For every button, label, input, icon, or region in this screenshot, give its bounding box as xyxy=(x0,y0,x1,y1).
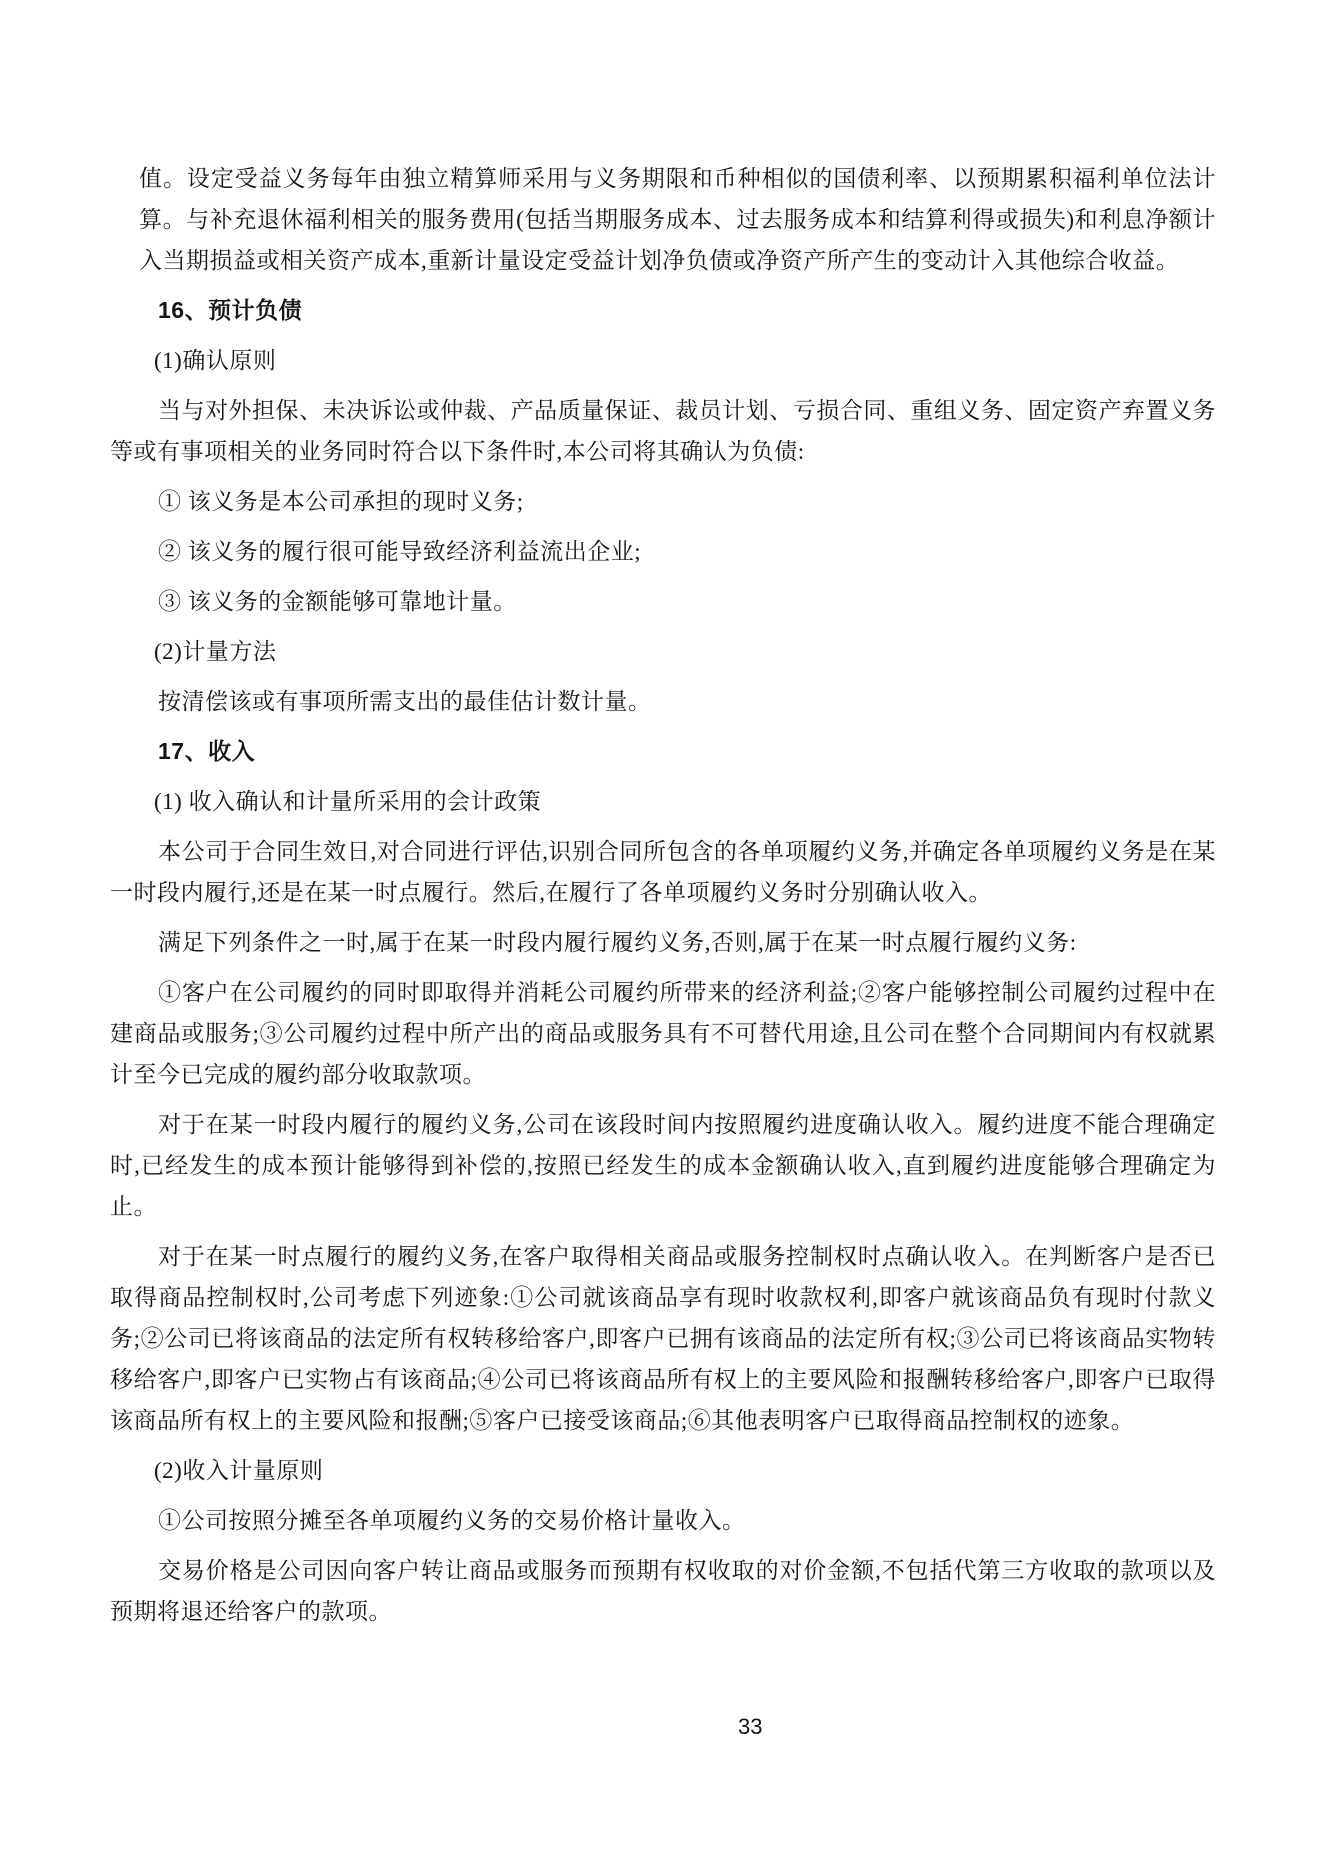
list-item: ① 该义务是本公司承担的现时义务; xyxy=(110,481,1216,522)
paragraph: ①公司按照分摊至各单项履约义务的交易价格计量收入。 xyxy=(110,1500,1216,1541)
paragraph: 对于在某一时点履行的履约义务,在客户取得相关商品或服务控制权时点确认收入。在判断… xyxy=(110,1236,1216,1441)
sub-heading: (1)确认原则 xyxy=(110,340,1216,381)
paragraph: 本公司于合同生效日,对合同进行评估,识别合同所包含的各单项履约义务,并确定各单项… xyxy=(110,831,1216,913)
document-page: 值。设定受益义务每年由独立精算师采用与义务期限和币种相似的国债利率、以预期累积福… xyxy=(0,0,1323,1871)
sub-heading: (1) 收入确认和计量所采用的会计政策 xyxy=(110,781,1216,822)
section-heading-17: 17、收入 xyxy=(110,731,1216,772)
paragraph: 当与对外担保、未决诉讼或仲裁、产品质量保证、裁员计划、亏损合同、重组义务、固定资… xyxy=(110,390,1216,472)
sub-heading: (2)计量方法 xyxy=(110,631,1216,672)
paragraph-continuation: 值。设定受益义务每年由独立精算师采用与义务期限和币种相似的国债利率、以预期累积福… xyxy=(139,158,1216,281)
section-heading-16: 16、预计负债 xyxy=(110,290,1216,331)
sub-heading: (2)收入计量原则 xyxy=(110,1450,1216,1491)
paragraph: 按清偿该或有事项所需支出的最佳估计数计量。 xyxy=(110,681,1216,722)
paragraph: 对于在某一时段内履行的履约义务,公司在该段时间内按照履约进度确认收入。履约进度不… xyxy=(110,1104,1216,1227)
paragraph: ①客户在公司履约的同时即取得并消耗公司履约所带来的经济利益;②客户能够控制公司履… xyxy=(110,972,1216,1095)
list-item: ② 该义务的履行很可能导致经济利益流出企业; xyxy=(110,531,1216,572)
page-number: 33 xyxy=(738,1706,762,1747)
list-item: ③ 该义务的金额能够可靠地计量。 xyxy=(110,581,1216,622)
paragraph: 满足下列条件之一时,属于在某一时段内履行履约义务,否则,属于在某一时点履行履约义… xyxy=(110,922,1216,963)
paragraph: 交易价格是公司因向客户转让商品或服务而预期有权收取的对价金额,不包括代第三方收取… xyxy=(110,1550,1216,1632)
